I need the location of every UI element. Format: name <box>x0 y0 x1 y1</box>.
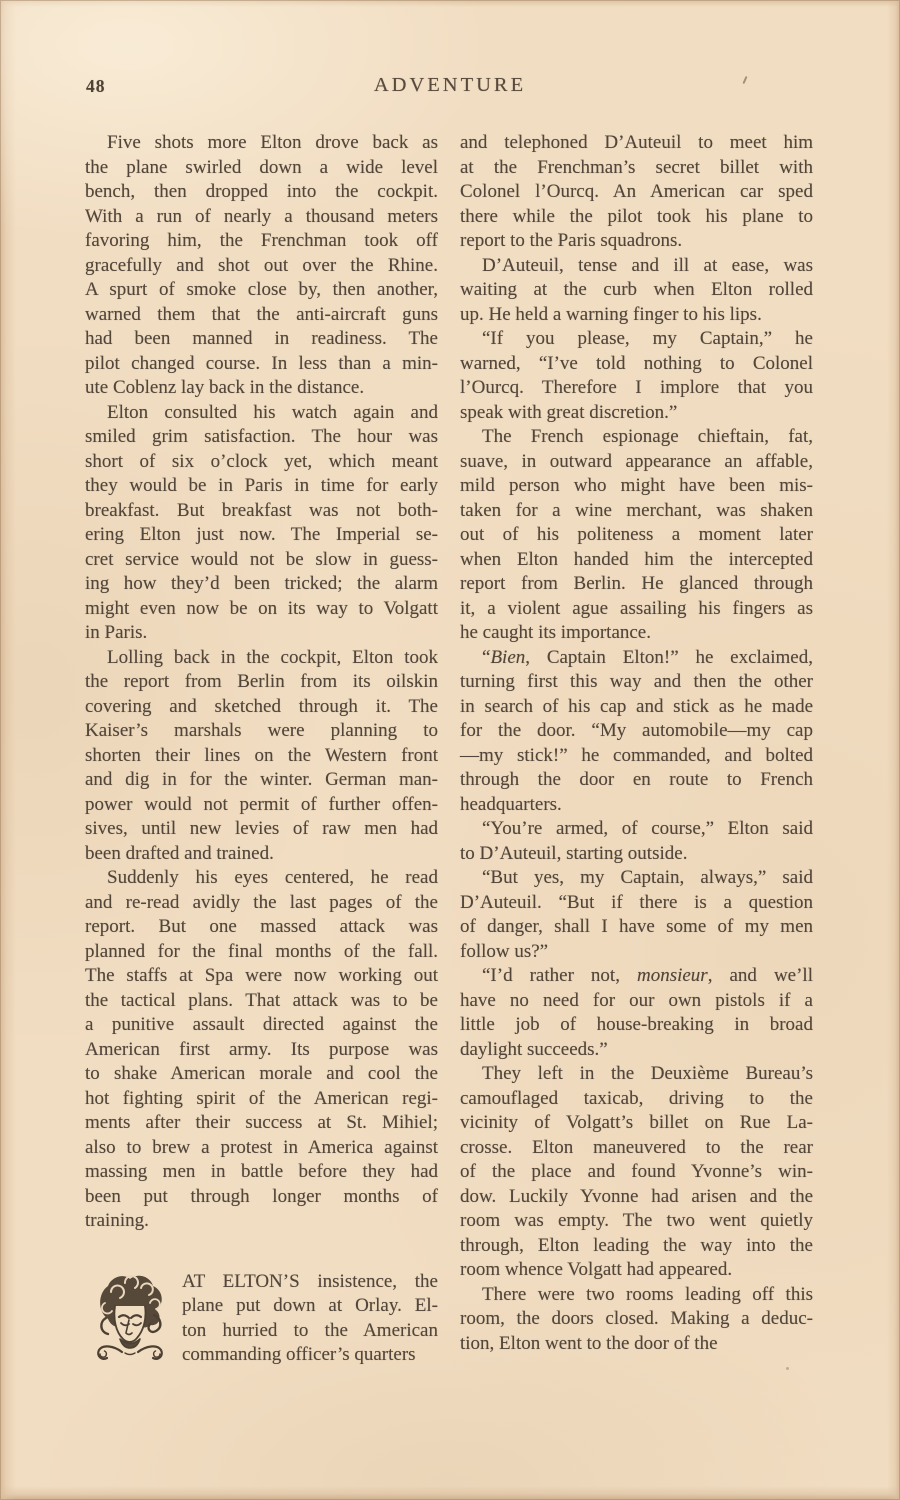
text-line: waiting at the curb when Elton rolled <box>460 278 813 303</box>
text-line: power would not permit of further offen- <box>85 793 438 818</box>
text-line: covering and sketched through it. The <box>85 695 438 720</box>
text-line: training. <box>85 1209 438 1234</box>
text-line: turning first this way and then the othe… <box>460 670 813 695</box>
text-line: when Elton handed him the intercepted <box>460 548 813 573</box>
text-line: through, Elton leading the way into the <box>460 1234 813 1259</box>
text-line: room was empty. The two went quietly <box>460 1209 813 1234</box>
text-line: the tactical plans. That attack was to b… <box>85 989 438 1014</box>
text-line: and dig in for the winter. German man- <box>85 768 438 793</box>
magazine-page: 48 ADVENTURE Five shots more Elton drove… <box>0 0 900 1500</box>
text-line: favoring him, the Frenchman took off <box>85 229 438 254</box>
text-line: “I’d rather not, monsieur, and we’ll <box>460 964 813 989</box>
paragraph: They left in the Deuxième Bureau’scamouf… <box>460 1062 813 1283</box>
text-line: through the door en route to French <box>460 768 813 793</box>
text-line: to D’Auteuil, starting outside. <box>460 842 813 867</box>
text-line: American first army. Its purpose was <box>85 1038 438 1063</box>
text-line: Lolling back in the cockpit, Elton took <box>85 646 438 671</box>
text-line: cret service would not be slow in guess- <box>85 548 438 573</box>
paragraph: The French espionage chieftain, fat,suav… <box>460 425 813 646</box>
text-line: report. But one massed attack was <box>85 915 438 940</box>
right-column: and telephoned D’Auteuil to meet himat t… <box>460 131 813 1356</box>
ink-speck <box>786 1367 789 1370</box>
text-line: and telephoned D’Auteuil to meet him <box>460 131 813 156</box>
text-line: ments after their success at St. Mihiel; <box>85 1111 438 1136</box>
text-line: smiled grim satisfaction. The hour was <box>85 425 438 450</box>
text-line: ering Elton just now. The Imperial se- <box>85 523 438 548</box>
text-line: for the door. “My automobile—my cap <box>460 719 813 744</box>
text-line: might even now be on its way to Volgatt <box>85 597 438 622</box>
text-line: in Paris. <box>85 621 438 646</box>
text-line: in search of his cap and stick as he mad… <box>460 695 813 720</box>
text-line: —my stick!” he commanded, and bolted <box>460 744 813 769</box>
text-line: report from Berlin. He glanced through <box>460 572 813 597</box>
text-line: report to the Paris squadrons. <box>460 229 813 254</box>
text-line: planned for the final months of the fall… <box>85 940 438 965</box>
paragraph: “You’re armed, of course,” Elton saidto … <box>460 817 813 866</box>
text-line: had been manned in readiness. The <box>85 327 438 352</box>
text-line: “But yes, my Captain, always,” said <box>460 866 813 891</box>
text-line: shorten their lines on the Western front <box>85 744 438 769</box>
paragraph: and telephoned D’Auteuil to meet himat t… <box>460 131 813 254</box>
paragraph: Five shots more Elton drove back asthe p… <box>85 131 438 401</box>
text-line: out of his politeness a moment later <box>460 523 813 548</box>
text-line: “If you please, my Captain,” he <box>460 327 813 352</box>
text-line: Five shots more Elton drove back as <box>85 131 438 156</box>
text-line: room, the doors closed. Making a deduc- <box>460 1307 813 1332</box>
text-line: Elton consulted his watch again and <box>85 401 438 426</box>
paragraph: Elton consulted his watch again andsmile… <box>85 401 438 646</box>
text-line: he caught its importance. <box>460 621 813 646</box>
text-line: taken for a wine merchant, was shaken <box>460 499 813 524</box>
text-line: mild person who might have been mis- <box>460 474 813 499</box>
text-line: gracefully and shot out over the Rhine. <box>85 254 438 279</box>
text-line: headquarters. <box>460 793 813 818</box>
text-line: D’Auteuil. “But if there is a question <box>460 891 813 916</box>
text-line: up. He held a warning finger to his lips… <box>460 303 813 328</box>
text-line: There were two rooms leading off this <box>460 1283 813 1308</box>
text-line: bench, then dropped into the cockpit. <box>85 180 438 205</box>
text-line: they would be in Paris in time for early <box>85 474 438 499</box>
text-line: crosse. Elton maneuvered to the rear <box>460 1136 813 1161</box>
left-column: Five shots more Elton drove back asthe p… <box>85 131 438 1368</box>
text-line: it, a violent ague assailing his fingers… <box>460 597 813 622</box>
text-line: at the Frenchman’s secret billet with <box>460 156 813 181</box>
text-line: suave, in outward appearance an affable, <box>460 450 813 475</box>
paragraph: “If you please, my Captain,” hewarned, “… <box>460 327 813 425</box>
text-line: pilot changed course. In less than a min… <box>85 352 438 377</box>
text-line: been drafted and trained. <box>85 842 438 867</box>
text-line: tion, Elton went to the door of the <box>460 1332 813 1357</box>
text-line: the plane swirled down a wide level <box>85 156 438 181</box>
paragraph: D’Auteuil, tense and ill at ease, waswai… <box>460 254 813 328</box>
text-line: of danger, shall I have some of my men <box>460 915 813 940</box>
text-line: little job of house-breaking in broad <box>460 1013 813 1038</box>
text-line: Kaiser’s marshals were planning to <box>85 719 438 744</box>
text-line: been put through longer months of <box>85 1185 438 1210</box>
text-line: camouflaged taxicab, driving to the <box>460 1087 813 1112</box>
paragraph: Suddenly his eyes centered, he readand r… <box>85 866 438 1234</box>
text-line: short of six o’clock yet, which meant <box>85 450 438 475</box>
text-line: there while the pilot took his plane to <box>460 205 813 230</box>
paragraph: “I’d rather not, monsieur, and we’llhave… <box>460 964 813 1062</box>
text-line: daylight succeeds.” <box>460 1038 813 1063</box>
paragraph: “Bien, Captain Elton!” he exclaimed,turn… <box>460 646 813 818</box>
text-line: follow us?” <box>460 940 813 965</box>
text-line: and re-read avidly the last pages of the <box>85 891 438 916</box>
paragraph: AT ELTON’S insistence, theplane put down… <box>85 1270 438 1368</box>
paragraph: There were two rooms leading off thisroo… <box>460 1283 813 1357</box>
text-line: l’Ourcq. Therefore I implore that you <box>460 376 813 401</box>
text-line: speak with great discretion.” <box>460 401 813 426</box>
text-line: breakfast. But breakfast was not both- <box>85 499 438 524</box>
text-line: to shake American morale and cool the <box>85 1062 438 1087</box>
text-line: Colonel l’Ourcq. An American car sped <box>460 180 813 205</box>
text-line: the report from Berlin from its oilskin <box>85 670 438 695</box>
text-line: hot fighting spirit of the American regi… <box>85 1087 438 1112</box>
text-line: sives, until new levies of raw men had <box>85 817 438 842</box>
text-line: vicinity of Volgatt’s billet on Rue La- <box>460 1111 813 1136</box>
paragraph: Lolling back in the cockpit, Elton tookt… <box>85 646 438 867</box>
text-line: have no need for our own pistols if a <box>460 989 813 1014</box>
tragedy-mask-ornament-icon <box>92 1273 168 1365</box>
text-line: With a run of nearly a thousand meters <box>85 205 438 230</box>
text-line: also to brew a protest in America agains… <box>85 1136 438 1161</box>
text-line: D’Auteuil, tense and ill at ease, was <box>460 254 813 279</box>
text-line: They left in the Deuxième Bureau’s <box>460 1062 813 1087</box>
text-line: a punitive assault directed against the <box>85 1013 438 1038</box>
text-line: warned, “I’ve told nothing to Colonel <box>460 352 813 377</box>
text-line: “Bien, Captain Elton!” he exclaimed, <box>460 646 813 671</box>
text-line: massing men in battle before they had <box>85 1160 438 1185</box>
text-line: The staffs at Spa were now working out <box>85 964 438 989</box>
text-line: of the place and found Yvonne’s win- <box>460 1160 813 1185</box>
text-line: ing how they’d been tricked; the alarm <box>85 572 438 597</box>
text-line: warned them that the anti-aircraft guns <box>85 303 438 328</box>
text-line: dow. Luckily Yvonne had arisen and the <box>460 1185 813 1210</box>
text-line: ute Coblenz lay back in the distance. <box>85 376 438 401</box>
text-line: Suddenly his eyes centered, he read <box>85 866 438 891</box>
running-head: ADVENTURE <box>0 74 900 97</box>
text-line: “You’re armed, of course,” Elton said <box>460 817 813 842</box>
text-line: A spurt of smoke close by, then another, <box>85 278 438 303</box>
text-line: The French espionage chieftain, fat, <box>460 425 813 450</box>
text-line: room whence Volgatt had appeared. <box>460 1258 813 1283</box>
paragraph: “But yes, my Captain, always,” saidD’Aut… <box>460 866 813 964</box>
